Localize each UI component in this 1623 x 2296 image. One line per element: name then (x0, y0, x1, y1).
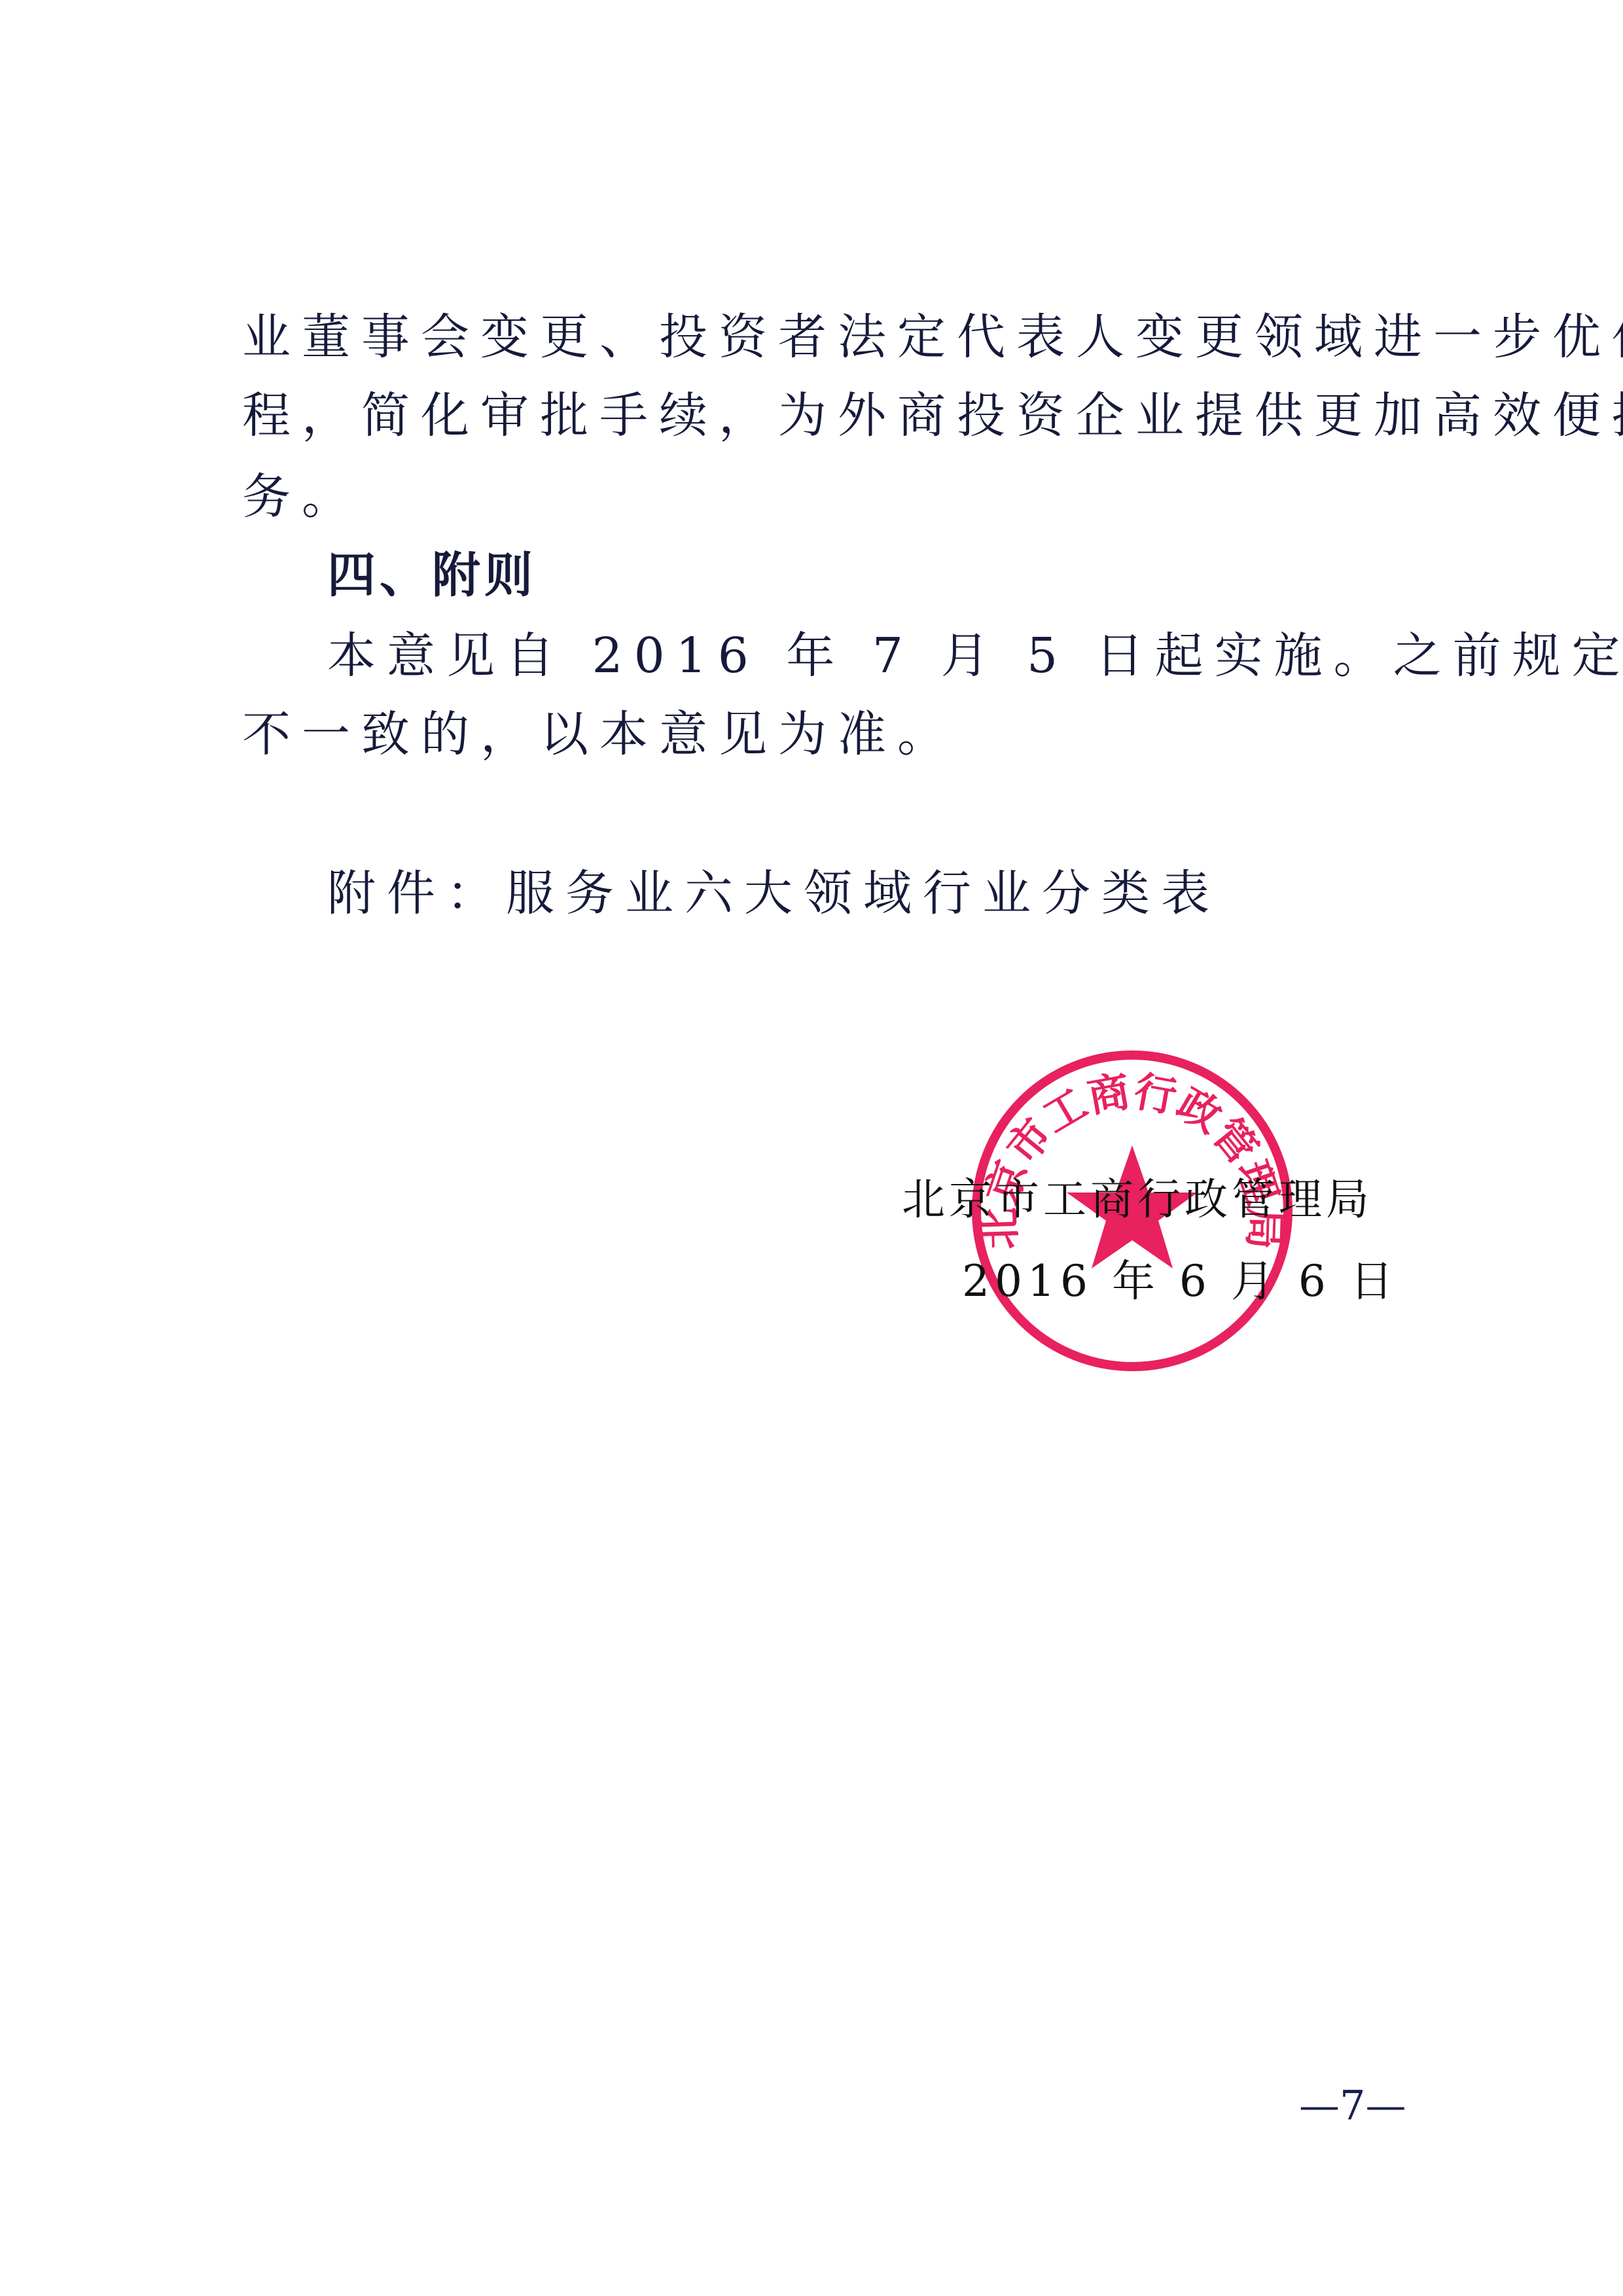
section-heading: 四、附则 (327, 551, 537, 600)
section-text-line-1: 本意见自 2016 年 7 月 5 日起实施。之前规定与本意见内容 (327, 632, 1623, 680)
body-line-2: 程，简化审批手续，为外商投资企业提供更加高效便捷的准入服 (242, 391, 1623, 440)
attachment-note: 附件：服务业六大领域行业分类表 (327, 869, 1221, 918)
issue-date: 2016 年 6 月 6 日 (962, 1260, 1399, 1303)
page-number: —7— (1299, 2081, 1406, 2129)
body-line-1: 业董事会变更、投资者法定代表人变更领域进一步优化审批流 (242, 313, 1623, 361)
body-line-3: 务。 (242, 473, 361, 521)
section-text-line-2: 不一致的，以本意见为准。 (242, 710, 957, 759)
issuer-name: 北京市工商行政管理局 (902, 1178, 1373, 1221)
